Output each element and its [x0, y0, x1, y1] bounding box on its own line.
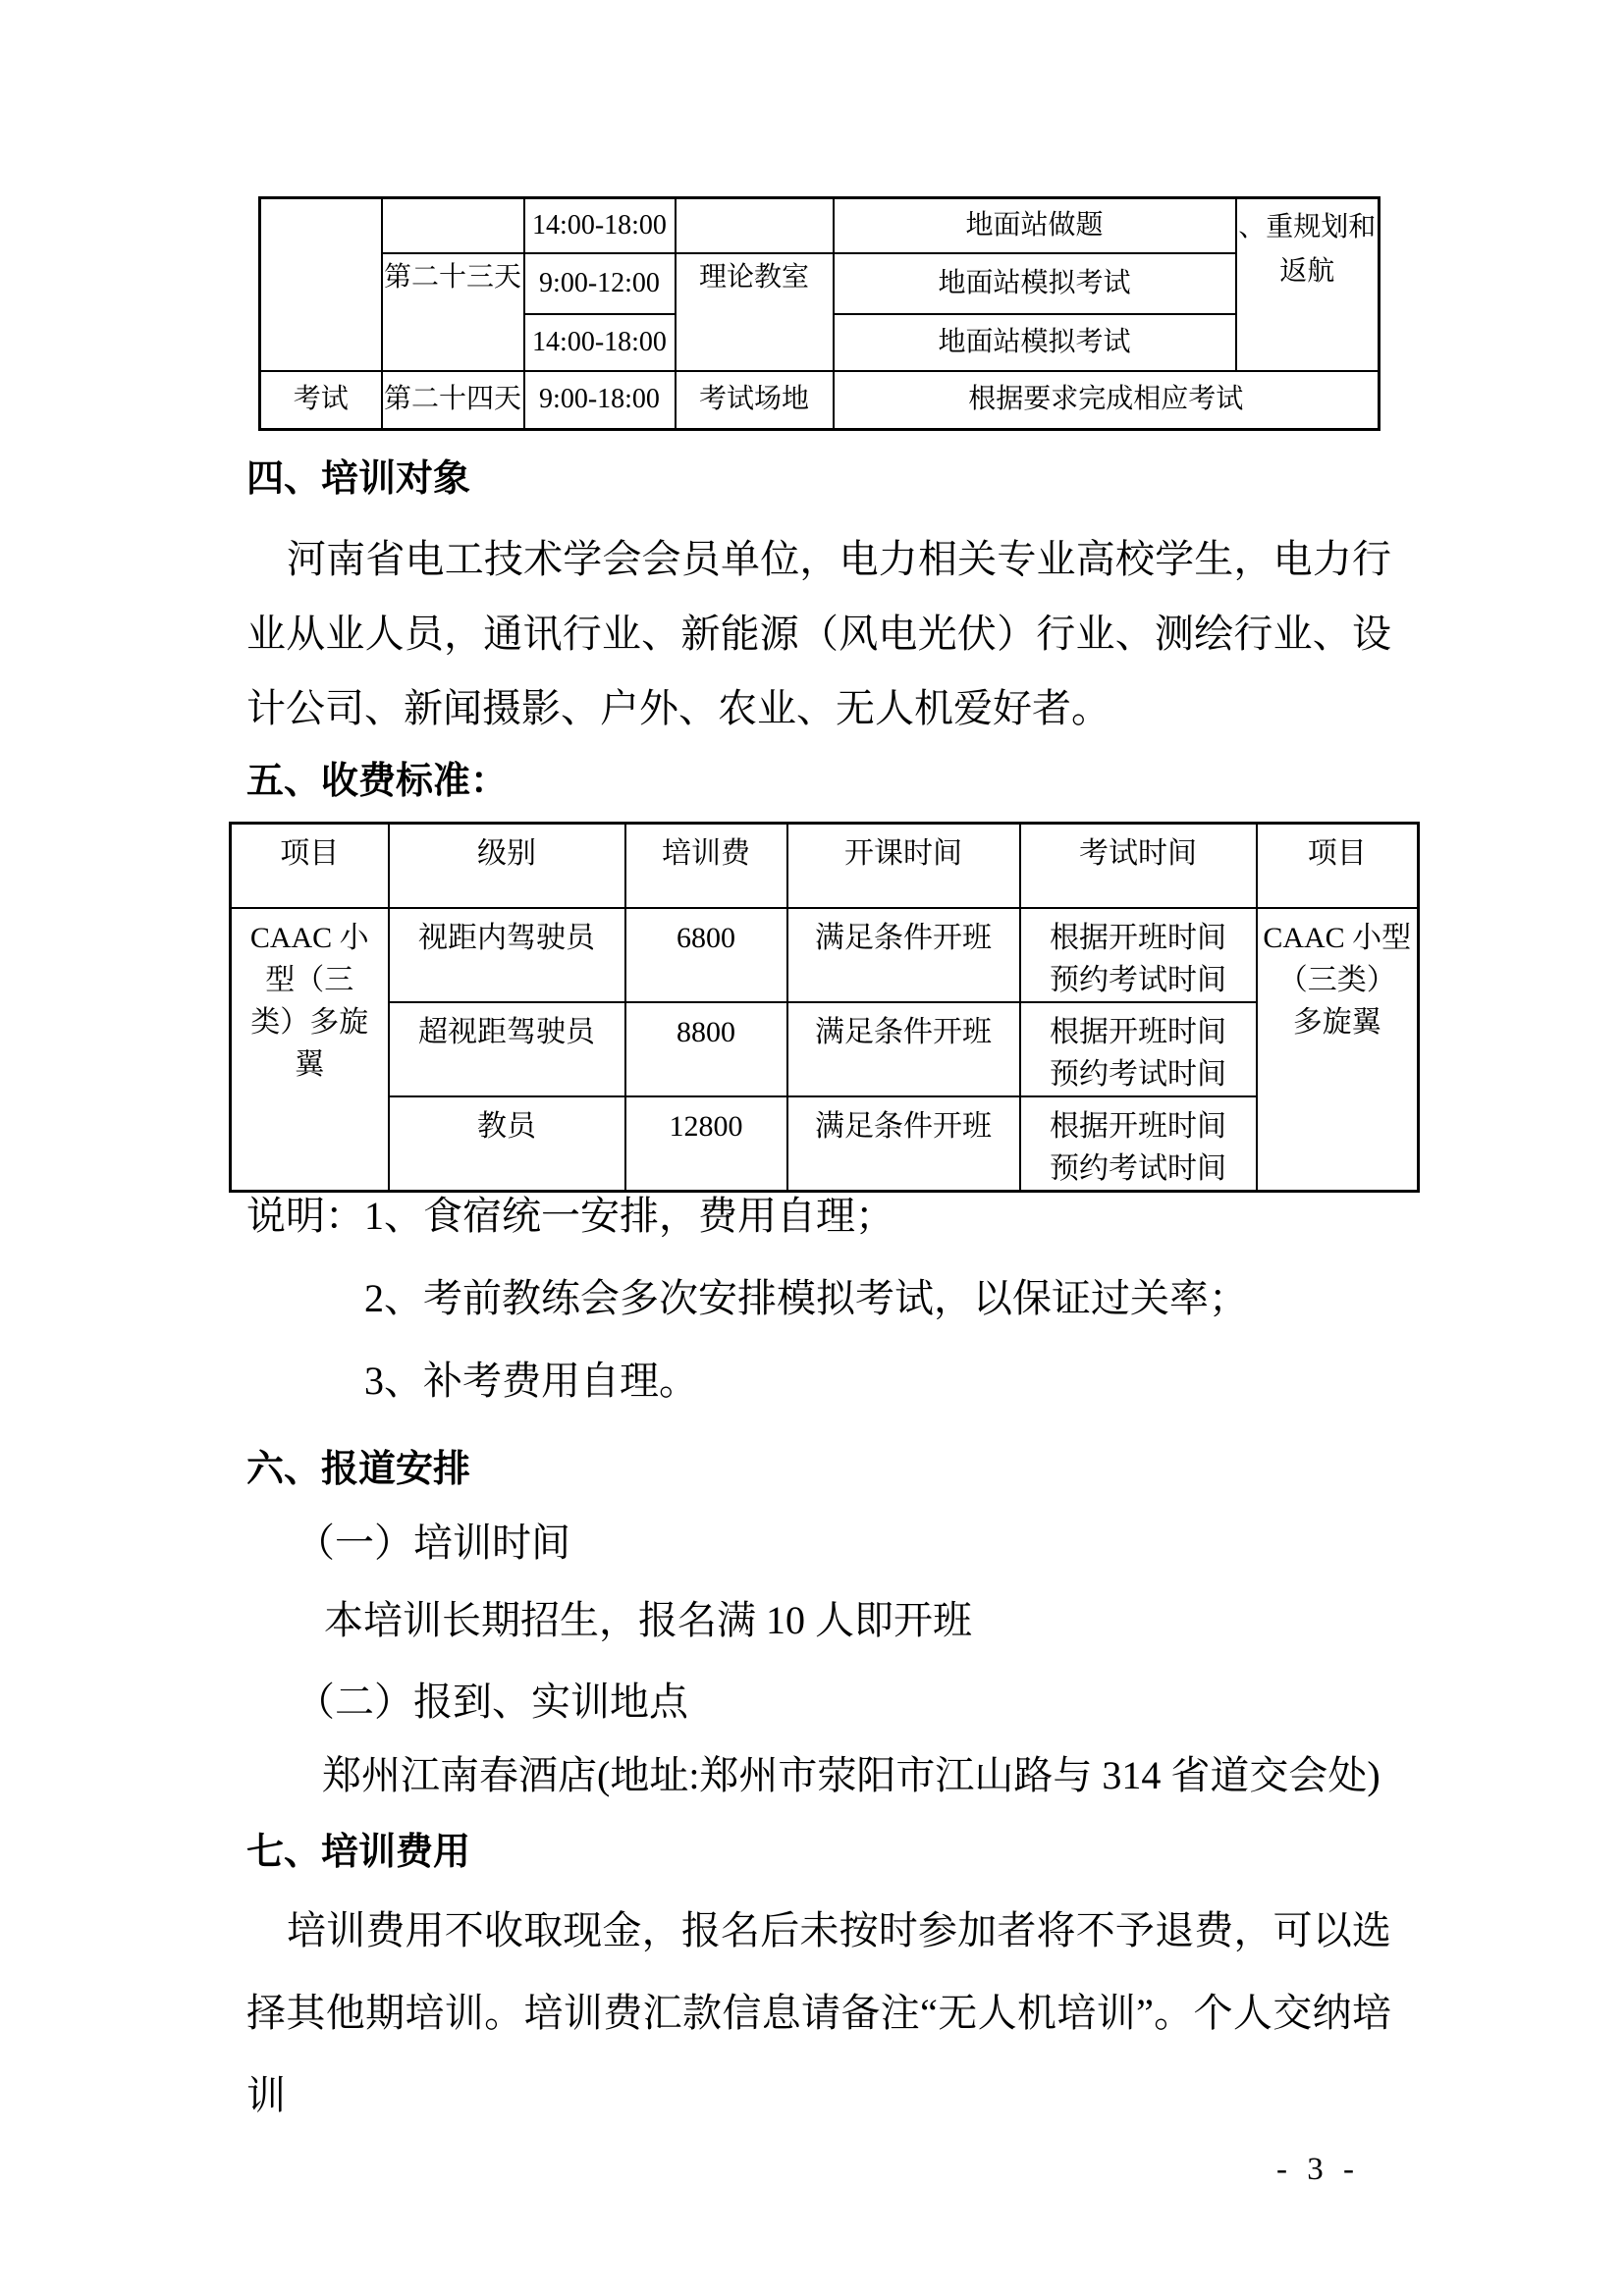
schedule-row-1: 14:00-18:00 地面站做题 、重规划和 返航 — [260, 198, 1380, 253]
schedule-row-4: 考试 第二十四天 9:00-18:00 考试场地 根据要求完成相应考试 — [260, 371, 1380, 430]
notes-line-1: 说明：1、食宿统一安排，费用自理； — [246, 1197, 894, 1236]
schedule-cell-day: 第二十三天 — [382, 253, 524, 371]
section7-paragraph: 培训费用不收取现金，报名后未按时参加者将不予退费，可以选择其他期培训。培训费汇款… — [246, 1890, 1391, 2137]
fee-header-level: 级别 — [389, 824, 625, 908]
schedule-cell-room: 考试场地 — [676, 371, 834, 430]
section7-heading: 七、培训费用 — [246, 1834, 470, 1871]
fee-table: 项目 级别 培训费 开课时间 考试时间 项目 CAAC 小 型（三 类）多旋 翼… — [229, 822, 1420, 1193]
schedule-cell-category: 考试 — [260, 371, 382, 430]
fee-header-class-time: 开课时间 — [787, 824, 1020, 908]
fee-cell-fee: 6800 — [625, 908, 787, 1002]
section6-item1-title: （一）培训时间 — [296, 1523, 570, 1563]
section4-heading: 四、培训对象 — [246, 460, 470, 498]
fee-cell-project-left: CAAC 小 型（三 类）多旋 翼 — [231, 908, 389, 1192]
fee-cell-fee: 12800 — [625, 1096, 787, 1192]
fee-cell-exam-time: 根据开班时间 预约考试时间 — [1020, 1096, 1257, 1192]
fee-cell-level: 教员 — [389, 1096, 625, 1192]
schedule-cell-time: 9:00-12:00 — [524, 253, 676, 314]
schedule-cell-room: 理论教室 — [676, 253, 834, 371]
fee-header-row: 项目 级别 培训费 开课时间 考试时间 项目 — [231, 824, 1419, 908]
fee-cell-class-time: 满足条件开班 — [787, 908, 1020, 1002]
fee-cell-exam-time: 根据开班时间 预约考试时间 — [1020, 908, 1257, 1002]
page-number: - 3 - — [1276, 2152, 1360, 2188]
section6-heading: 六、报道安排 — [246, 1451, 470, 1488]
schedule-cell-activity: 根据要求完成相应考试 — [834, 371, 1380, 430]
schedule-cell-activity: 地面站模拟考试 — [834, 253, 1236, 314]
fee-cell-class-time: 满足条件开班 — [787, 1002, 1020, 1096]
schedule-cell-time: 14:00-18:00 — [524, 314, 676, 371]
fee-header-project: 项目 — [231, 824, 389, 908]
section4-paragraph: 河南省电工技术学会会员单位，电力相关专业高校学生，电力行业从业人员，通讯行业、新… — [246, 522, 1391, 746]
schedule-cell-empty — [260, 198, 382, 371]
schedule-cell-note: 、重规划和 返航 — [1236, 198, 1380, 371]
section5-heading: 五、收费标准： — [246, 763, 508, 800]
notes-line-3: 3、补考费用自理。 — [364, 1362, 698, 1401]
document-page: 14:00-18:00 地面站做题 、重规划和 返航 第二十三天 9:00-12… — [0, 0, 1624, 2296]
section6-item2-body: 郑州江南春酒店(地址:郑州市荥阳市江山路与 314 省道交会处) — [322, 1756, 1380, 1795]
section6-item1-body: 本培训长期招生，报名满 10 人即开班 — [324, 1601, 972, 1640]
fee-row-1: CAAC 小 型（三 类）多旋 翼 视距内驾驶员 6800 满足条件开班 根据开… — [231, 908, 1419, 1002]
schedule-row-2: 第二十三天 9:00-12:00 理论教室 地面站模拟考试 — [260, 253, 1380, 314]
fee-row-3: 教员 12800 满足条件开班 根据开班时间 预约考试时间 — [231, 1096, 1419, 1192]
fee-cell-level: 超视距驾驶员 — [389, 1002, 625, 1096]
fee-header-fee: 培训费 — [625, 824, 787, 908]
fee-cell-project-right: CAAC 小型 （三类） 多旋翼 — [1257, 908, 1419, 1192]
fee-cell-exam-time: 根据开班时间 预约考试时间 — [1020, 1002, 1257, 1096]
notes-line-2: 2、考前教练会多次安排模拟考试，以保证过关率； — [364, 1279, 1248, 1318]
fee-row-2: 超视距驾驶员 8800 满足条件开班 根据开班时间 预约考试时间 — [231, 1002, 1419, 1096]
schedule-cell-activity: 地面站做题 — [834, 198, 1236, 253]
fee-header-exam-time: 考试时间 — [1020, 824, 1257, 908]
schedule-cell-activity: 地面站模拟考试 — [834, 314, 1236, 371]
schedule-cell-time: 9:00-18:00 — [524, 371, 676, 430]
fee-header-project-right: 项目 — [1257, 824, 1419, 908]
schedule-cell-empty — [676, 198, 834, 253]
fee-cell-level: 视距内驾驶员 — [389, 908, 625, 1002]
schedule-table: 14:00-18:00 地面站做题 、重规划和 返航 第二十三天 9:00-12… — [258, 196, 1380, 431]
fee-cell-class-time: 满足条件开班 — [787, 1096, 1020, 1192]
schedule-cell-empty — [382, 198, 524, 253]
section6-item2-title: （二）报到、实训地点 — [296, 1682, 688, 1722]
fee-cell-fee: 8800 — [625, 1002, 787, 1096]
schedule-cell-time: 14:00-18:00 — [524, 198, 676, 253]
schedule-cell-day: 第二十四天 — [382, 371, 524, 430]
